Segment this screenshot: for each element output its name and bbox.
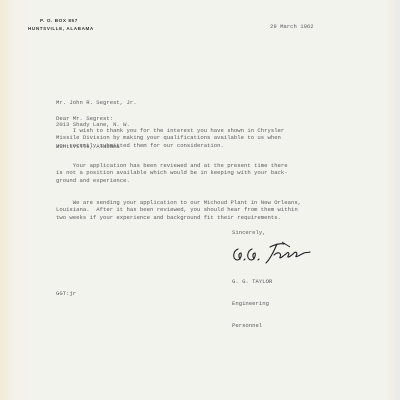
letterhead-city: HUNTSVILLE, ALABAMA	[28, 25, 94, 33]
recipient-name: Mr. John R. Segrest, Jr.	[56, 99, 137, 106]
letter-page: MISSILE DIVISION P. O. BOX 857 HUNTSVILL…	[0, 0, 400, 400]
signature-block: G. G. TAYLOR Engineering Personnel	[232, 263, 272, 344]
letterhead-address: P. O. BOX 857 HUNTSVILLE, ALABAMA	[28, 17, 94, 33]
signer-title-2: Personnel	[232, 322, 272, 329]
letterhead-division: MISSILE DIVISION	[172, 0, 232, 2]
handwritten-signature	[230, 241, 315, 265]
signer-name: G. G. TAYLOR	[232, 278, 272, 285]
body-paragraph-1: I wish to thank you for the interest you…	[56, 127, 284, 149]
closing: Sincerely,	[232, 229, 266, 236]
body-paragraph-3: We are sending your application to our M…	[56, 199, 301, 221]
signature-scribble-icon	[230, 241, 315, 265]
letter-date: 29 March 1962	[270, 23, 314, 30]
reference-initials: GGT:jr	[56, 290, 76, 297]
signer-title-1: Engineering	[232, 300, 272, 307]
recipient-address: Mr. John R. Segrest, Jr. 2013 Shady Lane…	[56, 84, 137, 165]
body-paragraph-2: Your application has been reviewed and a…	[56, 162, 288, 184]
letterhead-po-box: P. O. BOX 857	[28, 17, 94, 25]
salutation: Dear Mr. Segrest:	[56, 115, 113, 122]
